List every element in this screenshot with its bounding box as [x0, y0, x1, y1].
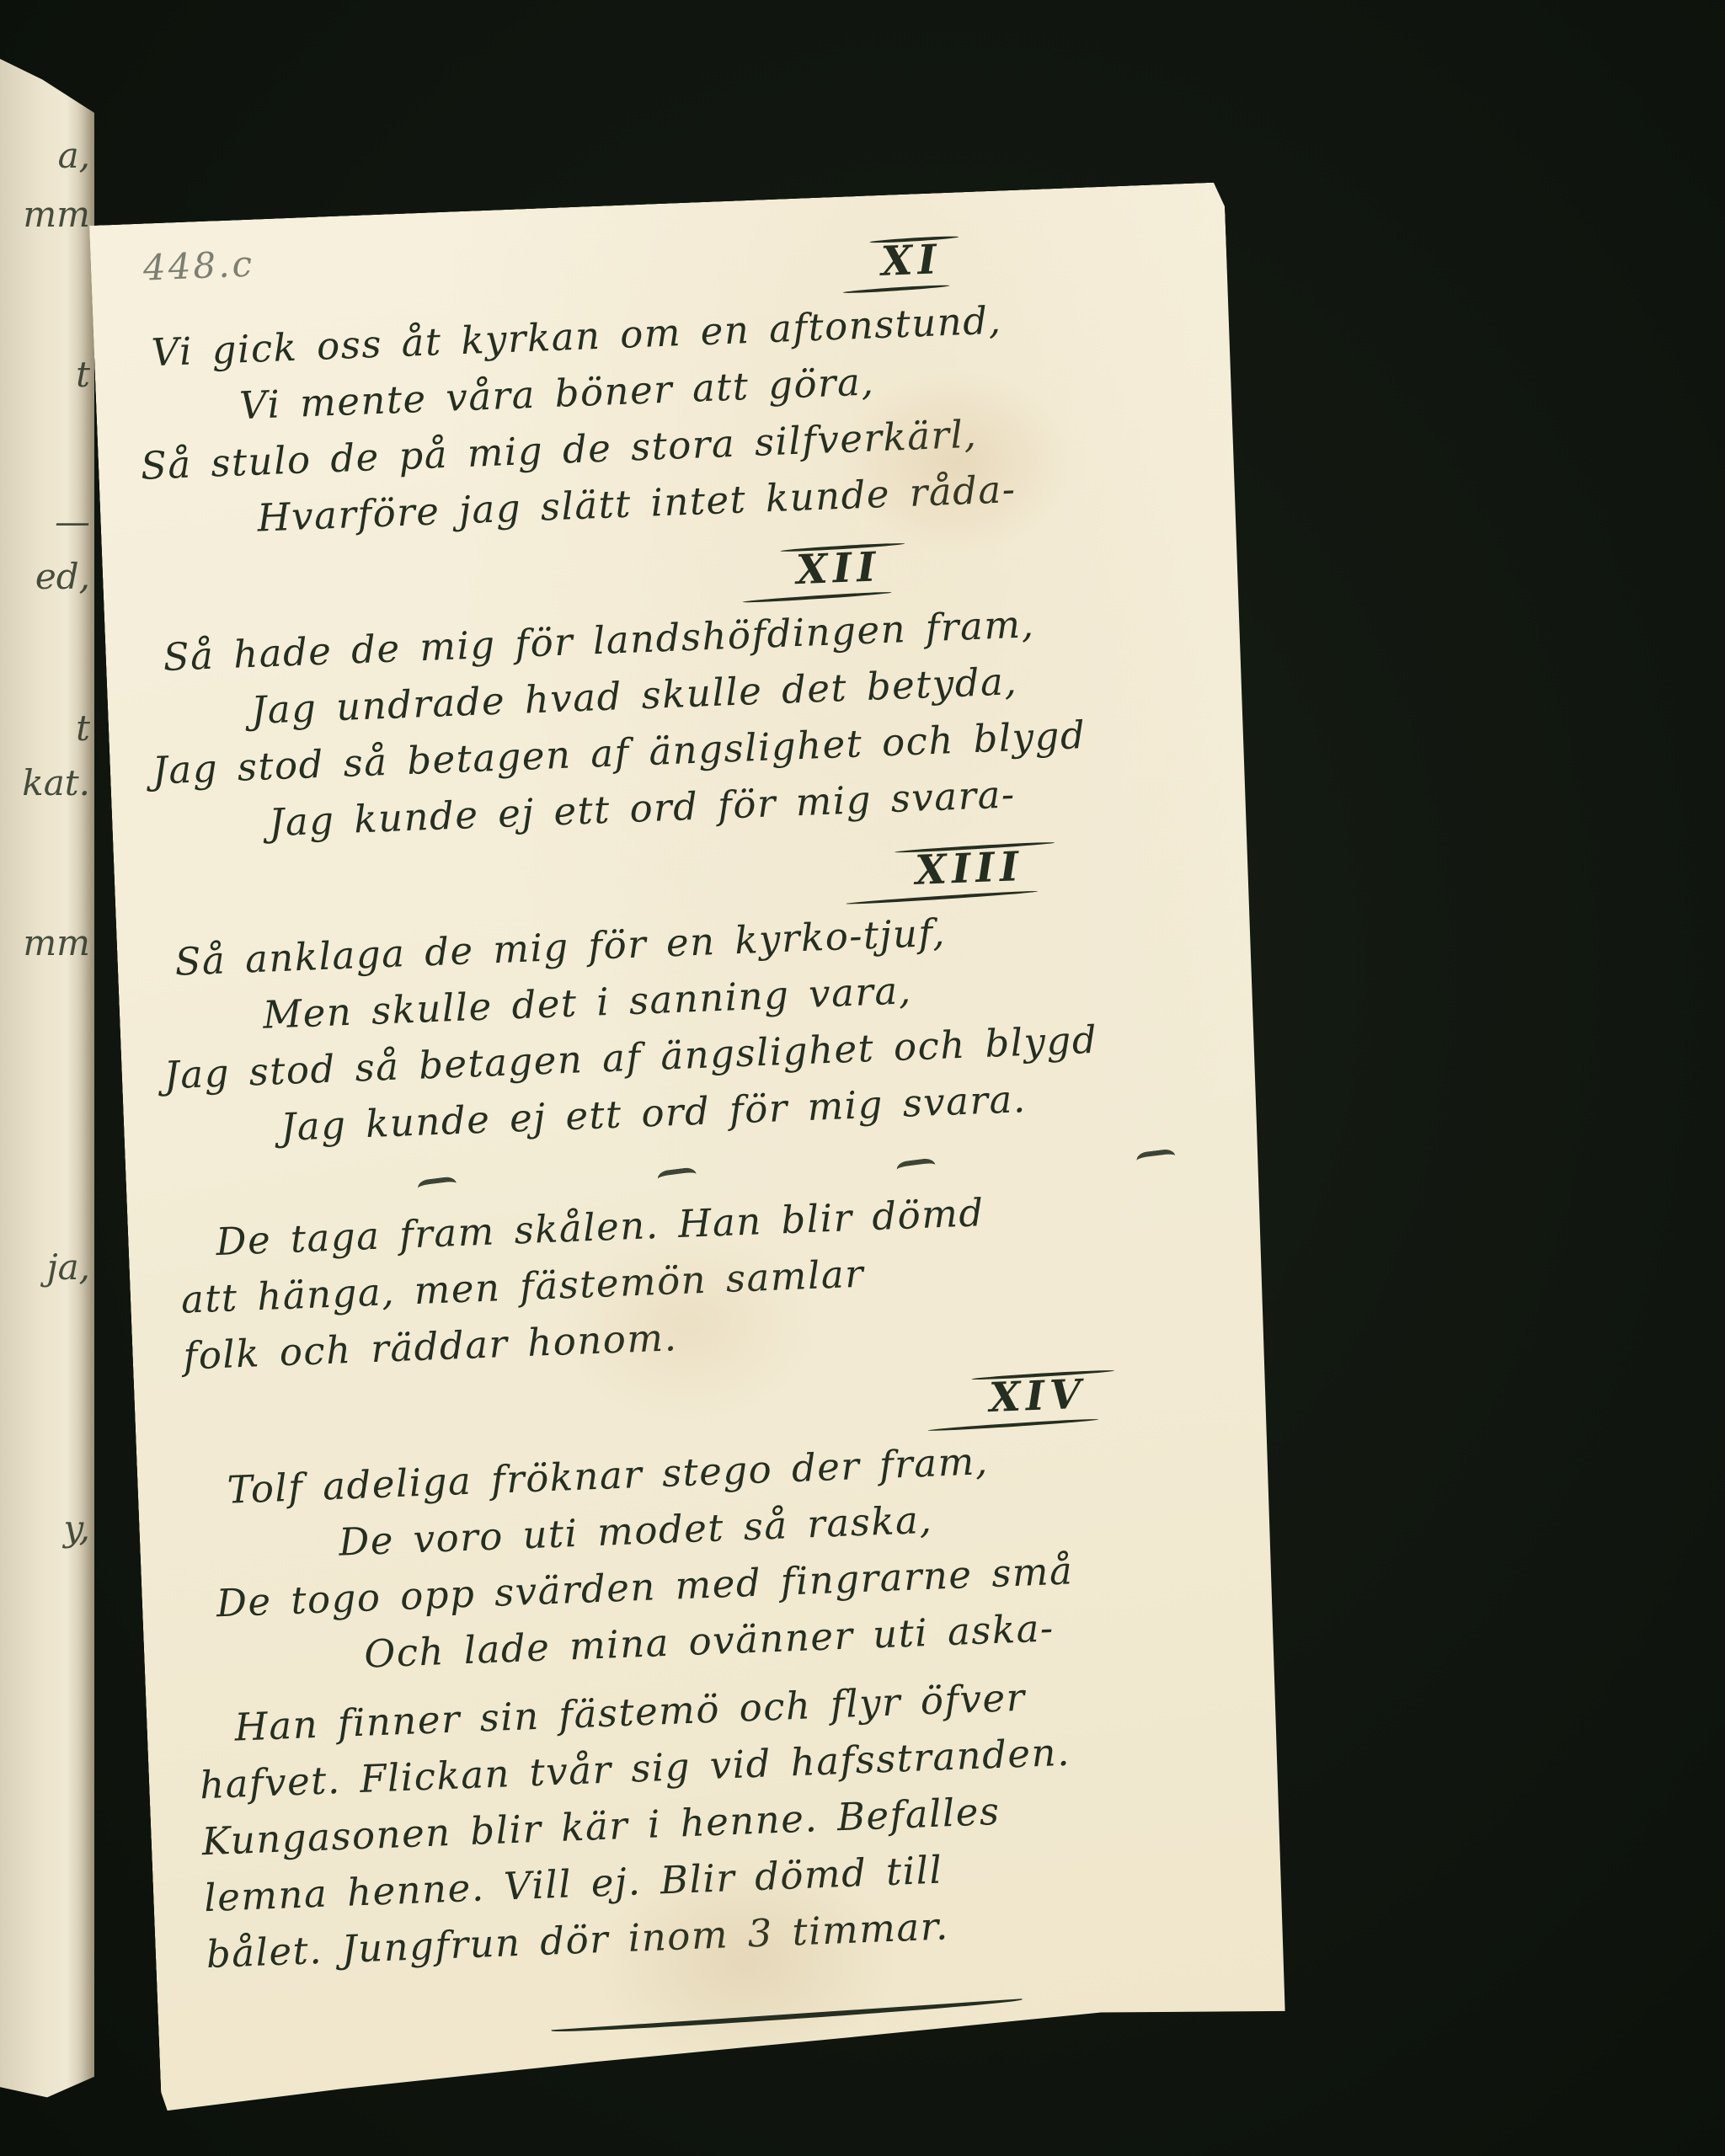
cut-off-text-fragment: t [76, 707, 90, 749]
cut-off-text-fragment: y, [64, 1508, 91, 1549]
stanza-XIV: XIV Tolf adeliga fröknar stego der fram,… [174, 1357, 1257, 1689]
cut-off-text-fragment: ja, [47, 1246, 90, 1288]
manuscript-page: 448.c XI Vi gick oss åt kyrkan om en aft… [89, 182, 1296, 2111]
stanza-numeral-XII: XII [795, 536, 882, 601]
photo-backdrop: a, mm t — ed, t kat. mm ja, y, 448.c XI … [0, 0, 1725, 2156]
cut-off-text-fragment: — [55, 501, 90, 542]
stanza-numeral-XIII: XIII [914, 835, 1024, 902]
cut-off-text-fragment: mm [23, 922, 90, 963]
ink-dash-mark [657, 1166, 697, 1187]
cut-off-text-fragment: a, [58, 135, 90, 176]
cut-off-text-fragment: mm [23, 194, 90, 235]
stanza-XI: XI Vi gick oss åt kyrkan om en aftonstun… [130, 218, 1213, 551]
stanza-numeral-XI: XI [880, 228, 943, 293]
cut-off-text-fragment: ed, [35, 556, 90, 597]
stanza-XIII: XIII Så anklaga de mig för en kyrko-tjuf… [152, 828, 1236, 1161]
prose-note: De taga fram skålen. Han blir dömd att h… [166, 1174, 1245, 1385]
ink-dash-mark [1135, 1148, 1176, 1168]
stanza-XII: XII Så hade de mig för landshöfdingen fr… [141, 523, 1224, 856]
previous-page-edge: a, mm t — ed, t kat. mm ja, y, [0, 46, 94, 2127]
cut-off-text-fragment: kat. [22, 762, 90, 803]
ink-dash-mark [417, 1176, 457, 1196]
prose-note: Han finner sin fästemö och flyr öfver ha… [184, 1660, 1268, 1983]
cut-off-text-fragment: t [76, 354, 90, 395]
stanza-numeral-XIV: XIV [988, 1364, 1087, 1429]
closing-flourish-line [552, 1999, 1023, 2035]
ink-dash-mark [896, 1157, 937, 1177]
archive-number-pencil: 448.c [142, 243, 255, 289]
